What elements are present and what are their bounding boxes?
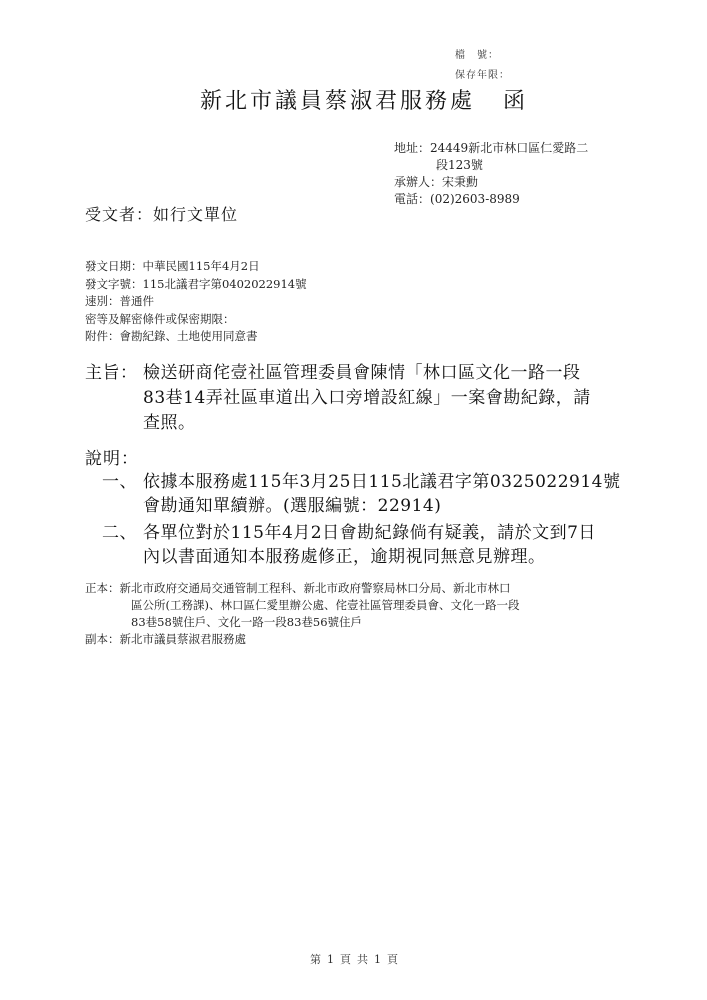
recipient: 受文者：如行文單位 bbox=[85, 202, 238, 225]
original-text-2: 區公所(工務課)、林口區仁愛里辦公處、侘壹社區管理委員會、文化一路一段 bbox=[85, 597, 519, 614]
address-value-line2: 段123號 bbox=[394, 157, 588, 174]
item-number: 二、 bbox=[102, 521, 143, 545]
speed-row: 速別：普通件 bbox=[85, 293, 307, 311]
address-value-line1: 24449新北市林口區仁愛路二 bbox=[430, 140, 588, 157]
page-number: 第1頁共1頁 bbox=[310, 951, 404, 967]
description-items: 一、依據本服務處115年3月25日115北議君字第0325022914號 會勘通… bbox=[102, 470, 621, 572]
address-label: 地址： bbox=[394, 140, 430, 157]
address-row: 地址： 24449新北市林口區仁愛路二 bbox=[394, 140, 588, 157]
secrecy-label: 密等及解密條件或保密期限： bbox=[85, 312, 235, 326]
phone-label: 電話： bbox=[394, 191, 430, 208]
original-text-3: 83巷58號住戶、文化一路一段83巷56號住戶 bbox=[85, 614, 519, 631]
phone-number: (02)2603-8989 bbox=[430, 191, 520, 208]
attachment-row: 附件：會勘紀錄、土地使用同意書 bbox=[85, 328, 307, 346]
item-text-1: 依據本服務處115年3月25日115北議君字第0325022914號 bbox=[143, 472, 621, 492]
description-label: 說明： bbox=[85, 444, 139, 469]
recipient-value: 如行文單位 bbox=[153, 205, 238, 224]
document-info: 發文日期：中華民國115年4月2日 發文字號：115北議君字第040202291… bbox=[85, 258, 307, 346]
document-title: 新北市議員蔡淑君服務處函 bbox=[200, 84, 528, 115]
copy-recipients: 副本：新北市議員蔡淑君服務處 bbox=[85, 631, 519, 648]
reference-number-label: 發文字號： bbox=[85, 277, 143, 291]
file-number-label: 檔 號： bbox=[455, 46, 499, 61]
original-recipients-line-1: 正本：新北市政府交通局交通管制工程科、新北市政府警察局林口分局、新北市林口 bbox=[85, 580, 519, 597]
sender-info: 地址： 24449新北市林口區仁愛路二 段123號 承辦人： 宋秉勳 電話： (… bbox=[394, 140, 588, 208]
item-number: 一、 bbox=[102, 470, 143, 494]
description-item: 一、依據本服務處115年3月25日115北議君字第0325022914號 會勘通… bbox=[102, 470, 621, 518]
subject-label: 主旨： bbox=[85, 361, 143, 386]
handler-name: 宋秉勳 bbox=[442, 174, 478, 191]
subject-text-1: 檢送研商侘壹社區管理委員會陳情「林口區文化一路一段 bbox=[143, 363, 581, 383]
original-label: 正本： bbox=[85, 581, 120, 595]
subject-text-3: 查照。 bbox=[85, 411, 591, 436]
reference-number-row: 發文字號：115北議君字第0402022914號 bbox=[85, 276, 307, 294]
issue-date: 中華民國115年4月2日 bbox=[143, 259, 260, 273]
document-type: 函 bbox=[503, 89, 528, 114]
reference-number: 115北議君字第0402022914號 bbox=[143, 277, 307, 291]
handler-label: 承辦人： bbox=[394, 174, 442, 191]
original-text-1: 新北市政府交通局交通管制工程科、新北市政府警察局林口分局、新北市林口 bbox=[120, 581, 511, 595]
subject-line-1: 主旨：檢送研商侘壹社區管理委員會陳情「林口區文化一路一段 bbox=[85, 361, 591, 386]
recipient-label: 受文者： bbox=[85, 205, 153, 224]
handler-row: 承辦人： 宋秉勳 bbox=[394, 174, 588, 191]
item-text-1: 各單位對於115年4月2日會勘紀錄倘有疑義，請於文到7日 bbox=[143, 523, 596, 543]
distribution: 正本：新北市政府交通局交通管制工程科、新北市政府警察局林口分局、新北市林口 區公… bbox=[85, 580, 519, 648]
subject-text-2: 83巷14弄社區車道出入口旁增設紅線」一案會勘紀錄，請 bbox=[85, 386, 591, 411]
retention-period-label: 保存年限： bbox=[455, 66, 510, 81]
copy-value: 新北市議員蔡淑君服務處 bbox=[120, 632, 247, 646]
subject-section: 主旨：檢送研商侘壹社區管理委員會陳情「林口區文化一路一段 83巷14弄社區車道出… bbox=[85, 361, 591, 436]
phone-row: 電話： (02)2603-8989 bbox=[394, 191, 588, 208]
item-text-2: 會勘通知單續辦。(選服編號：22914) bbox=[102, 494, 621, 518]
attachment-label: 附件： bbox=[85, 329, 120, 343]
copy-label: 副本： bbox=[85, 632, 120, 646]
issue-date-row: 發文日期：中華民國115年4月2日 bbox=[85, 258, 307, 276]
secrecy-row: 密等及解密條件或保密期限： bbox=[85, 311, 307, 329]
item-text-2: 內以書面通知本服務處修正，逾期視同無意見辦理。 bbox=[102, 545, 621, 569]
office-name: 新北市議員蔡淑君服務處 bbox=[200, 89, 475, 114]
issue-date-label: 發文日期： bbox=[85, 259, 143, 273]
attachment-value: 會勘紀錄、土地使用同意書 bbox=[120, 329, 258, 343]
description-item: 二、各單位對於115年4月2日會勘紀錄倘有疑義，請於文到7日 內以書面通知本服務… bbox=[102, 521, 621, 569]
speed-value: 普通件 bbox=[120, 294, 155, 308]
speed-label: 速別： bbox=[85, 294, 120, 308]
